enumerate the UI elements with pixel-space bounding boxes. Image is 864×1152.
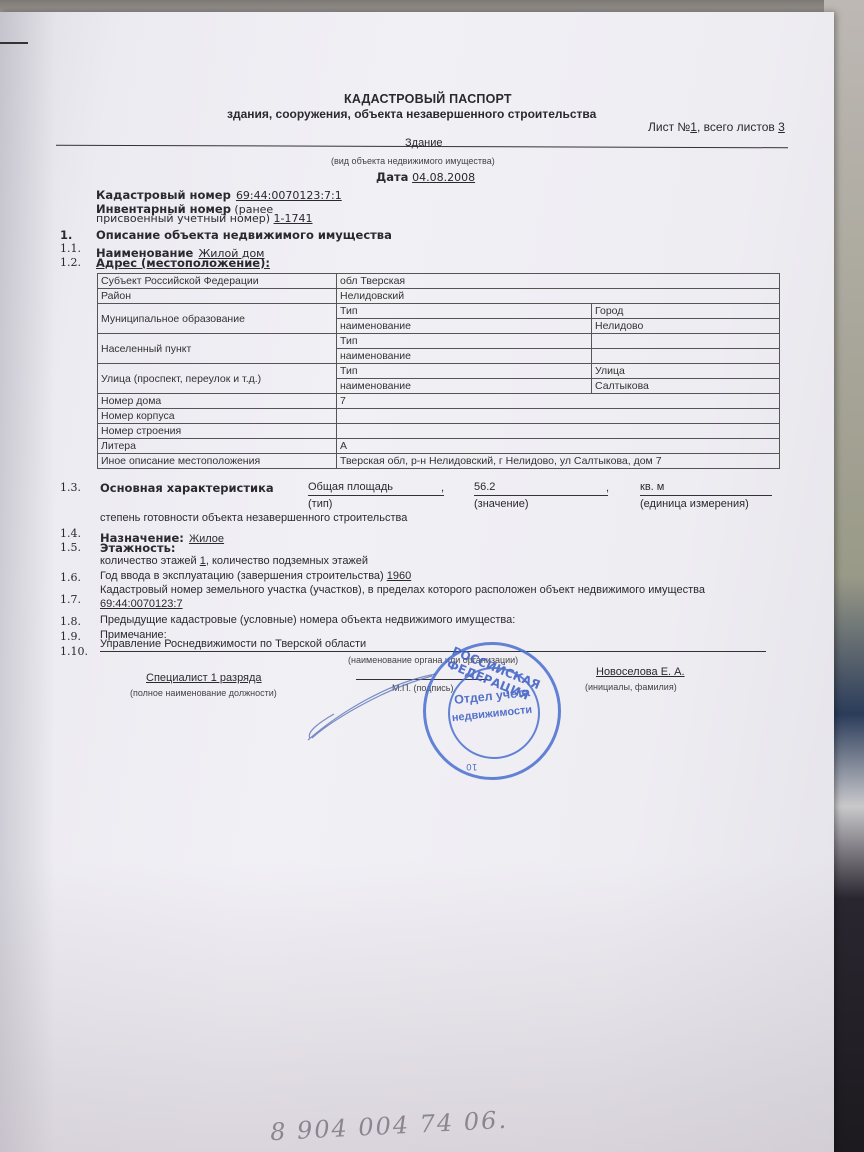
type-underline — [308, 495, 444, 496]
table-row: Номер строения — [98, 424, 780, 439]
table-cell-value — [592, 334, 780, 349]
characteristic-value: 56.2 — [474, 481, 495, 493]
inventory-hint-2: присвоенный учетный номер) — [96, 212, 270, 225]
document-title: КАДАСТРОВЫЙ ПАСПОРТ — [344, 92, 512, 106]
section-1-9-num: 1.9. — [60, 630, 81, 643]
section-1-label: Описание объекта недвижимого имущества — [96, 228, 392, 242]
table-cell-value — [592, 349, 780, 364]
inventory-value: 1-1741 — [274, 212, 313, 225]
section-1-4-value: Жилое — [189, 533, 224, 545]
table-cell-label: Литера — [98, 439, 337, 454]
document-subtitle: здания, сооружения, объекта незавершенно… — [227, 107, 596, 121]
object-type-caption: (вид объекта недвижимого имущества) — [331, 156, 495, 166]
section-1-7-label: Кадастровый номер земельного участка (уч… — [100, 584, 705, 596]
table-cell-label: Муниципальное образование — [98, 304, 337, 334]
signer-name: Новоселова Е. А. — [596, 666, 685, 678]
table-cell-sublabel: наименование — [337, 349, 592, 364]
table-cell-value: А — [337, 439, 780, 454]
table-cell-value: обл Тверская — [337, 274, 780, 289]
table-cell-value: Нелидово — [592, 319, 780, 334]
table-row: Улица (проспект, переулок и т.д.) Тип Ул… — [98, 364, 780, 379]
section-1-8-label: Предыдущие кадастровые (условные) номера… — [100, 614, 515, 626]
handwritten-signature — [300, 672, 440, 742]
value-caption: (значение) — [474, 498, 529, 510]
section-1-1-num: 1.1. — [60, 242, 81, 255]
section-1-5-label: Этажность: — [100, 541, 176, 555]
table-row: Субъект Российской Федерации обл Тверска… — [98, 274, 780, 289]
table-cell-value: Тверская обл, р-н Нелидовский, г Нелидов… — [337, 454, 780, 469]
position-caption: (полное наименование должности) — [130, 688, 277, 698]
section-1-7-value: 69:44:0070123:7 — [100, 598, 183, 610]
organization-underline — [100, 651, 766, 652]
table-row: Номер дома 7 — [98, 394, 780, 409]
section-1-4-num: 1.4. — [60, 527, 81, 540]
table-cell-label: Номер корпуса — [98, 409, 337, 424]
sheet-middle: , всего листов — [697, 120, 778, 134]
table-cell-value: 7 — [337, 394, 780, 409]
table-cell-label: Район — [98, 289, 337, 304]
section-1-6-num: 1.6. — [60, 571, 81, 584]
value-underline — [474, 495, 608, 496]
table-cell-value: Город — [592, 304, 780, 319]
table-row: Номер корпуса — [98, 409, 780, 424]
section-1-6: Год ввода в эксплуатацию (завершения стр… — [100, 570, 411, 582]
signer-name-caption: (инициалы, фамилия) — [585, 682, 677, 692]
underground-floors-text: , количество подземных этажей — [206, 555, 368, 567]
table-cell-value: Нелидовский — [337, 289, 780, 304]
edge-mark — [0, 42, 28, 44]
table-row: Иное описание местоположения Тверская об… — [98, 454, 780, 469]
official-stamp: РОССИЙСКАЯ ФЕДЕРАЦИЯ Отдел учета недвижи… — [423, 642, 561, 780]
table-cell-sublabel: Тип — [337, 304, 592, 319]
section-1-3-label: Основная характеристика — [100, 481, 274, 495]
section-1-6-value: 1960 — [387, 570, 411, 582]
date-line: Дата 04.08.2008 — [376, 170, 475, 184]
table-cell-sublabel: Тип — [337, 364, 592, 379]
table-cell-sublabel: наименование — [337, 379, 592, 394]
table-cell-sublabel: наименование — [337, 319, 592, 334]
table-cell-sublabel: Тип — [337, 334, 592, 349]
table-cell-label: Иное описание местоположения — [98, 454, 337, 469]
section-1-2-label: Адрес (местоположение): — [96, 256, 270, 270]
characteristic-type: Общая площадь — [308, 481, 393, 493]
comma-2: , — [606, 482, 609, 494]
organization-name: Управление Роснедвижимости по Тверской о… — [100, 638, 366, 650]
table-cell-label: Номер дома — [98, 394, 337, 409]
unit-underline — [640, 495, 772, 496]
floors-text: количество этажей — [100, 555, 200, 567]
date-label: Дата — [376, 170, 408, 184]
floors-line: количество этажей 1, количество подземны… — [100, 555, 368, 567]
table-cell-label: Субъект Российской Федерации — [98, 274, 337, 289]
sheet-total: 3 — [778, 120, 785, 134]
address-table: Субъект Российской Федерации обл Тверска… — [97, 273, 780, 469]
position-title: Специалист 1 разряда — [146, 672, 262, 684]
table-cell-label: Номер строения — [98, 424, 337, 439]
table-cell-label: Населенный пункт — [98, 334, 337, 364]
table-cell-label: Улица (проспект, переулок и т.д.) — [98, 364, 337, 394]
section-1-3-num: 1.3. — [60, 481, 81, 494]
section-1-5-num: 1.5. — [60, 541, 81, 554]
sheet-info: Лист №1, всего листов 3 — [648, 120, 785, 134]
table-cell-value — [337, 409, 780, 424]
section-1-8-num: 1.8. — [60, 615, 81, 628]
paper-shadow-bottom — [0, 860, 834, 1152]
object-type: Здание — [405, 137, 443, 149]
stamp-number: 10 — [466, 761, 477, 771]
section-1-7-num: 1.7. — [60, 593, 81, 606]
section-1-2-num: 1.2. — [60, 256, 81, 269]
table-cell-value — [337, 424, 780, 439]
type-caption: (тип) — [308, 498, 332, 510]
table-row: Район Нелидовский — [98, 289, 780, 304]
date-value: 04.08.2008 — [412, 171, 475, 184]
table-row: Литера А — [98, 439, 780, 454]
table-row: Муниципальное образование Тип Город — [98, 304, 780, 319]
table-cell-value: Салтыкова — [592, 379, 780, 394]
sheet-prefix: Лист № — [648, 120, 690, 134]
inventory-line-2: присвоенный учетный номер) 1-1741 — [96, 212, 313, 225]
unit-caption: (единица измерения) — [640, 498, 749, 510]
characteristic-unit: кв. м — [640, 481, 664, 493]
table-cell-value: Улица — [592, 364, 780, 379]
comma-1: , — [441, 482, 444, 494]
section-1-10-num: 1.10. — [60, 645, 88, 658]
section-1-num: 1. — [60, 228, 72, 242]
readiness-text: степень готовности объекта незавершенног… — [100, 512, 407, 524]
table-row: Населенный пункт Тип — [98, 334, 780, 349]
sheet-number: 1 — [690, 120, 697, 134]
section-1-6-label: Год ввода в эксплуатацию (завершения стр… — [100, 570, 387, 582]
